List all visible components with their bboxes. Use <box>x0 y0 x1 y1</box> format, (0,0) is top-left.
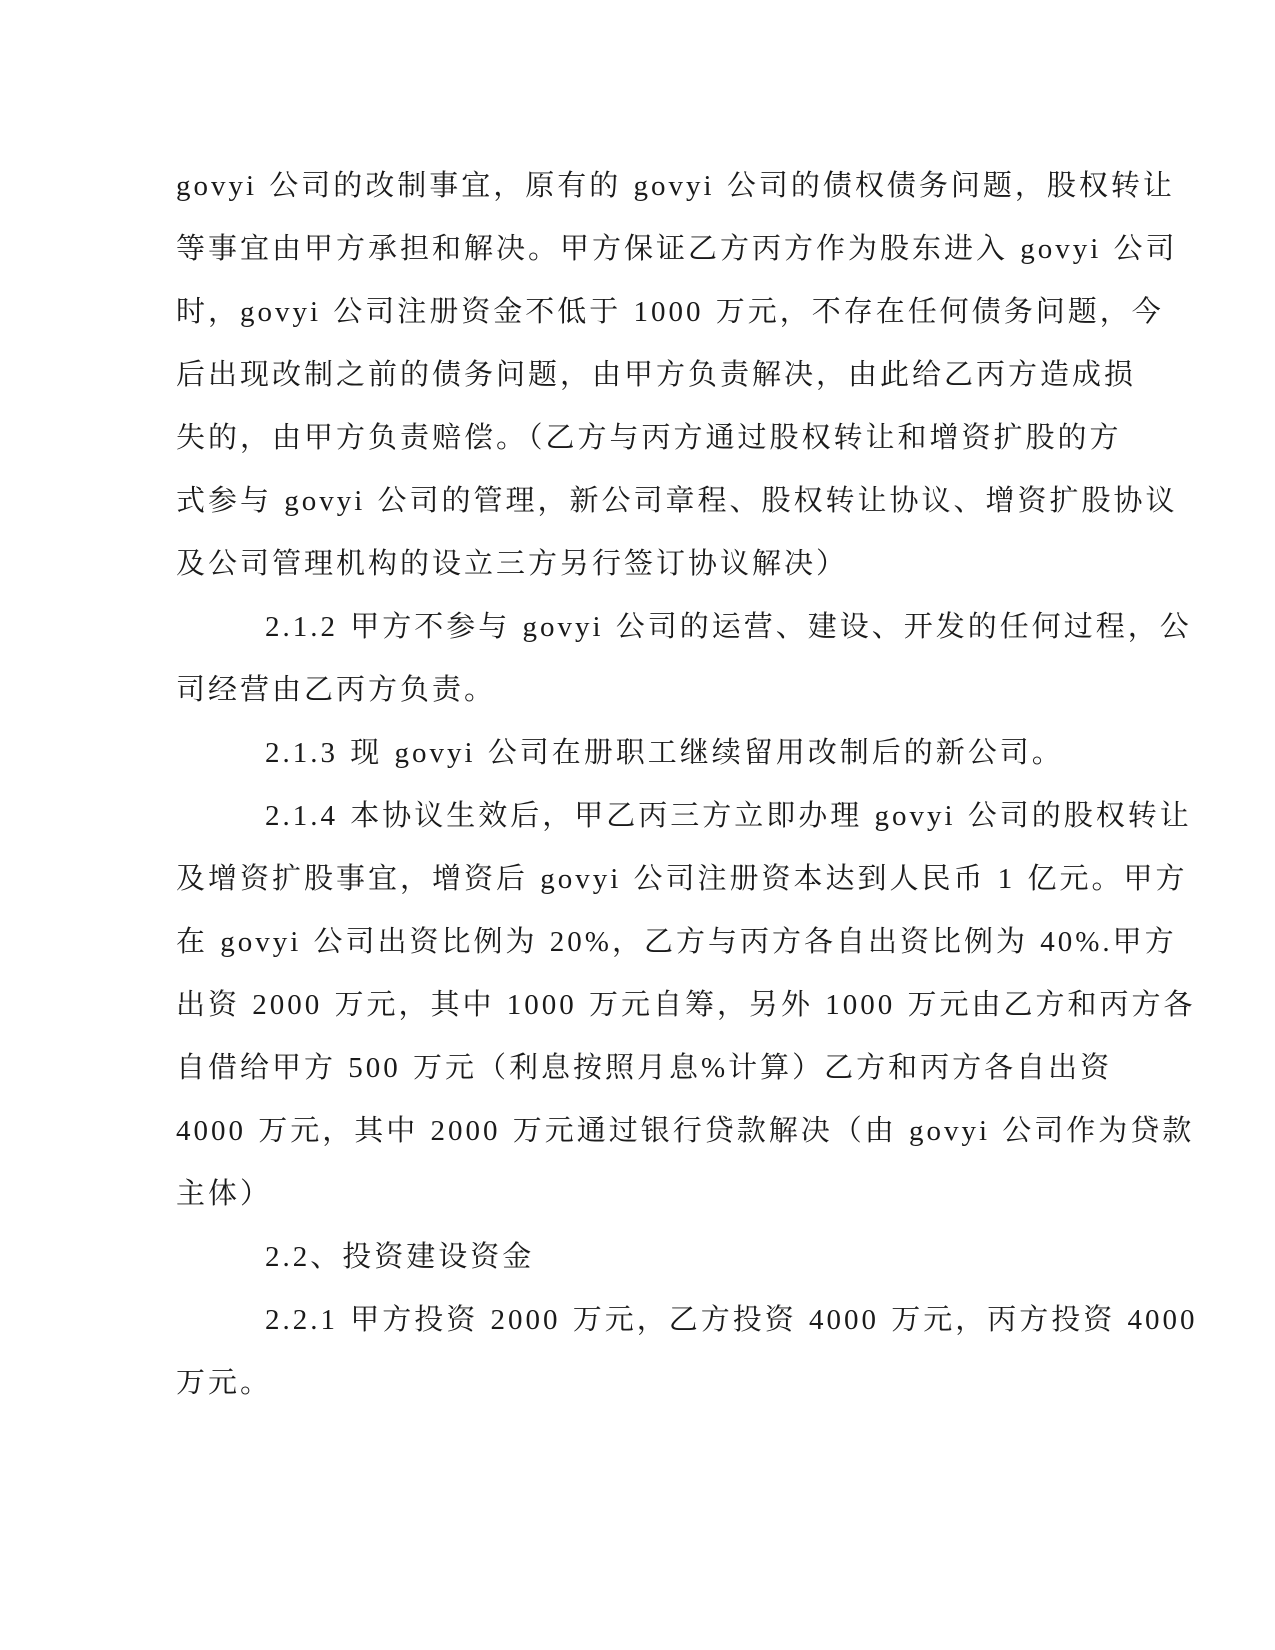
paragraph: 2.2.1 甲方投资 2000 万元，乙方投资 4000 万元，丙方投资 400… <box>176 1289 1261 1415</box>
text-line: 主体） <box>176 1163 1261 1226</box>
text-line: 在 govyi 公司出资比例为 20%，乙方与丙方各自出资比例为 40%.甲方 <box>176 911 1261 974</box>
text-line: 自借给甲方 500 万元（利息按照月息%计算）乙方和丙方各自出资 <box>176 1037 1261 1100</box>
document-body: govyi 公司的改制事宜，原有的 govyi 公司的债权债务问题，股权转让等事… <box>176 155 1261 1415</box>
text-line: 等事宜由甲方承担和解决。甲方保证乙方丙方作为股东进入 govyi 公司 <box>176 218 1261 281</box>
text-line: 2.2.1 甲方投资 2000 万元，乙方投资 4000 万元，丙方投资 400… <box>176 1289 1261 1352</box>
text-line: 及公司管理机构的设立三方另行签订协议解决） <box>176 533 1261 596</box>
text-line: 2.1.3 现 govyi 公司在册职工继续留用改制后的新公司。 <box>176 722 1261 785</box>
paragraph: 2.1.3 现 govyi 公司在册职工继续留用改制后的新公司。 <box>176 722 1261 785</box>
text-line: 出资 2000 万元，其中 1000 万元自筹，另外 1000 万元由乙方和丙方… <box>176 974 1261 1037</box>
text-line: 时，govyi 公司注册资金不低于 1000 万元，不存在任何债务问题，今 <box>176 281 1261 344</box>
text-line: 万元。 <box>176 1352 1261 1415</box>
text-line: 司经营由乙丙方负责。 <box>176 659 1261 722</box>
text-line: govyi 公司的改制事宜，原有的 govyi 公司的债权债务问题，股权转让 <box>176 155 1261 218</box>
paragraph: 2.2、投资建设资金 <box>176 1226 1261 1289</box>
text-line: 后出现改制之前的债务问题，由甲方负责解决，由此给乙丙方造成损 <box>176 344 1261 407</box>
paragraph: 2.1.4 本协议生效后，甲乙丙三方立即办理 govyi 公司的股权转让及增资扩… <box>176 785 1261 1226</box>
text-line: 2.1.2 甲方不参与 govyi 公司的运营、建设、开发的任何过程，公 <box>176 596 1261 659</box>
text-line: 2.2、投资建设资金 <box>176 1226 1261 1289</box>
text-line: 失的，由甲方负责赔偿。（乙方与丙方通过股权转让和增资扩股的方 <box>176 407 1261 470</box>
paragraph: 2.1.2 甲方不参与 govyi 公司的运营、建设、开发的任何过程，公司经营由… <box>176 596 1261 722</box>
text-line: 及增资扩股事宜，增资后 govyi 公司注册资本达到人民币 1 亿元。甲方 <box>176 848 1261 911</box>
text-line: 2.1.4 本协议生效后，甲乙丙三方立即办理 govyi 公司的股权转让 <box>176 785 1261 848</box>
text-line: 4000 万元，其中 2000 万元通过银行贷款解决（由 govyi 公司作为贷… <box>176 1100 1261 1163</box>
paragraph: govyi 公司的改制事宜，原有的 govyi 公司的债权债务问题，股权转让等事… <box>176 155 1261 596</box>
text-line: 式参与 govyi 公司的管理，新公司章程、股权转让协议、增资扩股协议 <box>176 470 1261 533</box>
document-page: govyi 公司的改制事宜，原有的 govyi 公司的债权债务问题，股权转让等事… <box>0 0 1275 1650</box>
